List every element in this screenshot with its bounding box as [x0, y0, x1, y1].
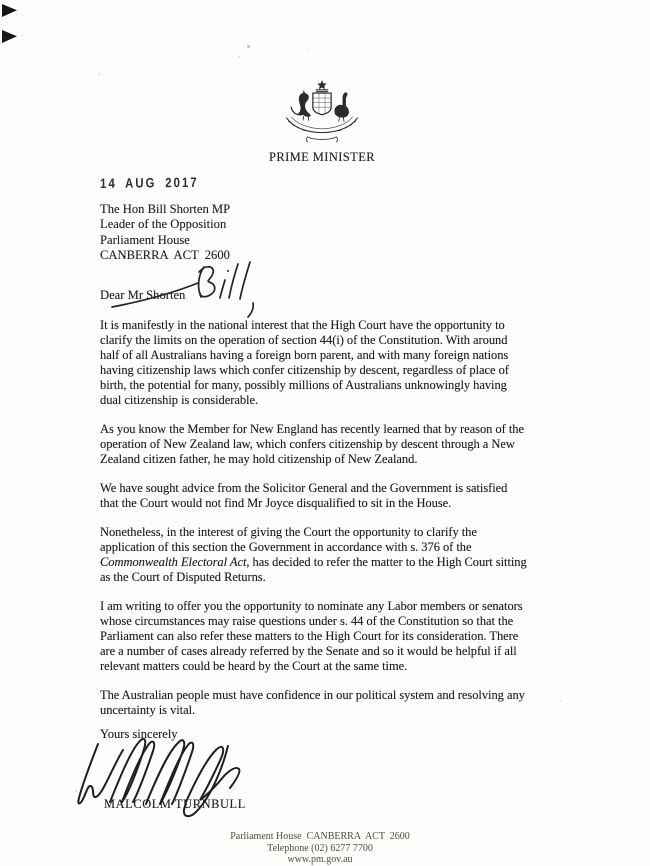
- footer-address: Parliament House CANBERRA ACT 2600: [0, 831, 640, 843]
- body-line: Zealand citizen father, he may hold citi…: [100, 452, 527, 467]
- date-stamp: 14 AUG 2017: [100, 175, 199, 191]
- scan-artifact-wedge: [2, 30, 17, 43]
- scan-speck: [247, 45, 250, 48]
- body-line: as the Court of Disputed Returns.: [100, 570, 527, 585]
- body-line: operation of New Zealand law, which conf…: [100, 437, 527, 452]
- paragraph-3: We have sought advice from the Solicitor…: [100, 481, 527, 511]
- body-line: uncertainty is vital.: [100, 703, 527, 718]
- recipient-address: The Hon Bill Shorten MP Leader of the Op…: [100, 202, 230, 264]
- recipient-title: Leader of the Opposition: [100, 217, 230, 232]
- scanned-letter-page: PRIME MINISTER 14 AUG 2017 The Hon Bill …: [0, 0, 650, 866]
- paragraph-4: Nonetheless, in the interest of giving t…: [100, 525, 527, 585]
- body-line: whose circumstances may raise questions …: [100, 614, 527, 629]
- scan-speck: [560, 700, 562, 702]
- body-line: I am writing to offer you the opportunit…: [100, 599, 527, 614]
- scan-speck: [98, 73, 100, 75]
- body-line: We have sought advice from the Solicitor…: [100, 481, 527, 496]
- paragraph-2: As you know the Member for New England h…: [100, 422, 527, 467]
- body-line: that the Court would not find Mr Joyce d…: [100, 496, 527, 511]
- body-line: clarify the limits on the operation of s…: [100, 333, 527, 348]
- body-line: birth, the potential for many, possibly …: [100, 378, 527, 393]
- scan-speck: [308, 49, 310, 51]
- paragraph-6: The Australian people must have confiden…: [100, 688, 527, 718]
- recipient-name: The Hon Bill Shorten MP: [100, 202, 230, 217]
- letterhead-title: PRIME MINISTER: [258, 150, 386, 165]
- signatory-name: MALCOLM TURNBULL: [104, 797, 246, 812]
- paragraph-5: I am writing to offer you the opportunit…: [100, 599, 527, 674]
- paragraph-1: It is manifestly in the national interes…: [100, 318, 527, 408]
- act-title-italic: Commonwealth Electoral Act: [100, 555, 246, 569]
- footer-website: www.pm.gov.au: [0, 854, 640, 866]
- body-line: Parliament can also refer these matters …: [100, 629, 527, 644]
- letter-footer: Parliament House CANBERRA ACT 2600 Telep…: [0, 831, 640, 866]
- body-line: application of this section the Governme…: [100, 540, 527, 555]
- scan-speck: [238, 56, 240, 58]
- letter-body: It is manifestly in the national interes…: [100, 318, 527, 732]
- body-line: are a number of cases already referred b…: [100, 644, 527, 659]
- coat-of-arms-icon: [276, 79, 368, 149]
- body-line: The Australian people must have confiden…: [100, 688, 527, 703]
- body-line: relevant matters could be heard by the C…: [100, 659, 527, 674]
- body-line: Nonetheless, in the interest of giving t…: [100, 525, 527, 540]
- body-line: half of all Australians having a foreign…: [100, 348, 527, 363]
- body-line: It is manifestly in the national interes…: [100, 318, 527, 333]
- footer-phone: Telephone (02) 6277 7700: [0, 843, 640, 855]
- body-line: As you know the Member for New England h…: [100, 422, 527, 437]
- body-line: dual citizenship is considerable.: [100, 393, 527, 408]
- body-line: Commonwealth Electoral Act, has decided …: [100, 555, 527, 570]
- body-line-rest: , has decided to refer the matter to the…: [246, 555, 526, 569]
- recipient-address-line: Parliament House: [100, 233, 230, 248]
- body-line: having citizenship laws which confer cit…: [100, 363, 527, 378]
- handwritten-text: Bill,: [98, 256, 126, 260]
- handwritten-annotation: Bill,: [98, 256, 273, 322]
- scan-artifact-wedge: [2, 4, 17, 17]
